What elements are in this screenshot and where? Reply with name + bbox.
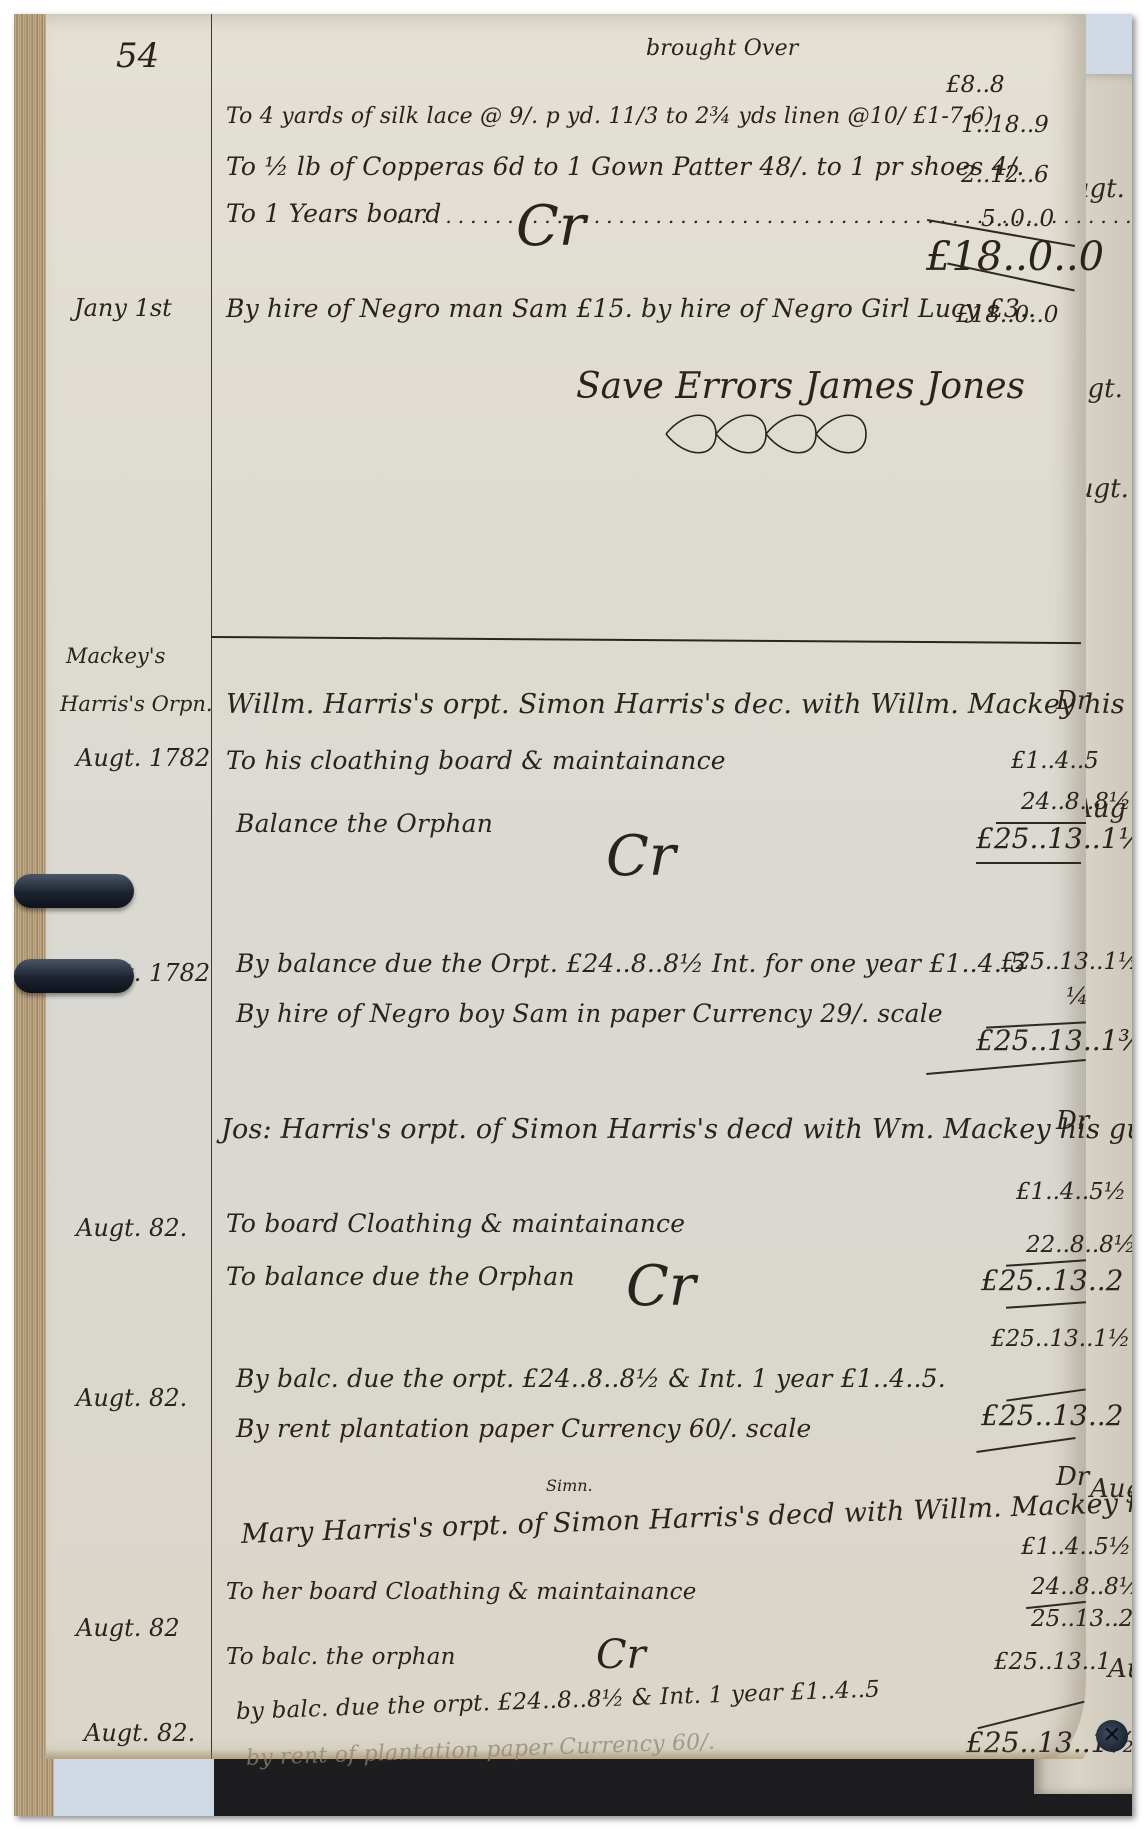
credit-line: by balc. due the orpt. £24..8..8½ & Int.… — [236, 1677, 881, 1725]
account-header: Mary Harris's orpt. of Simon Harris's de… — [240, 1483, 1132, 1550]
total-rule — [977, 1701, 1084, 1730]
debit-line: To 4 yards of silk lace @ 9/. p yd. 11/3… — [226, 104, 994, 129]
margin-rule — [211, 14, 212, 1759]
facing-date: Au — [1108, 1654, 1132, 1684]
debit-amount: 5..0..0 — [981, 206, 1054, 232]
debit-line: To balc. the orphan — [226, 1644, 456, 1670]
debit-line: To balance due the Orphan — [226, 1262, 575, 1291]
credit-date: Augt. 82. — [76, 1384, 187, 1412]
total-rule — [926, 1059, 1086, 1075]
signature-flourish — [656, 409, 916, 459]
credit-mark: Cr — [596, 1632, 646, 1678]
total-rule — [976, 862, 1081, 864]
debit-line: To his cloathing board & maintainance — [226, 746, 726, 775]
debit-amount: 22..8..8½ — [1026, 1232, 1132, 1258]
credit-line: By hire of Negro man Sam £15. by hire of… — [226, 294, 1036, 323]
credit-mark: Cr — [606, 824, 676, 889]
debit-date: Augt. 82. — [76, 1214, 187, 1242]
credit-line: By balance due the Orpt. £24..8..8½ Int.… — [236, 949, 1026, 978]
margin-label: Mackey's — [66, 644, 165, 668]
credit-line: By rent plantation paper Currency 60/. s… — [236, 1414, 812, 1443]
debit-amount: 2..12..6 — [961, 162, 1049, 188]
debit-line: To board Cloathing & maintainance — [226, 1209, 685, 1238]
debit-mark: Dr — [1056, 686, 1089, 716]
binder-ring — [14, 874, 134, 908]
debit-amount: £1..4..5½ — [1021, 1534, 1131, 1560]
credit-line: By balc. due the orpt. £24..8..8½ & Int.… — [236, 1364, 946, 1393]
credit-total: £25..13..1¾ — [976, 1024, 1132, 1057]
credit-amount: £25..13..1 — [994, 1649, 1111, 1675]
credit-amount: ¼ — [1066, 984, 1088, 1010]
section-divider — [211, 636, 1081, 644]
debit-amount: 1..18..9 — [961, 112, 1049, 138]
scan-frame: Augt. 80 Augt. Augt. Aug Aug Au 54 broug… — [14, 14, 1132, 1816]
binder-ring — [14, 959, 134, 993]
debit-line: To ½ lb of Copperas 6d to 1 Gown Patter … — [226, 152, 1024, 181]
total-rule — [1006, 1301, 1086, 1309]
credit-line: By hire of Negro boy Sam in paper Curren… — [236, 999, 943, 1028]
debit-mark: Dr — [1056, 1462, 1089, 1492]
debit-amount: £1..4..5 — [1011, 748, 1099, 774]
brought-over-amount: £8..8 — [946, 72, 1005, 98]
signature: Save Errors James Jones — [576, 366, 1025, 407]
account-header: Jos: Harris's orpt. of Simon Harris's de… — [221, 1114, 1132, 1145]
credit-date: Jany 1st — [74, 294, 172, 322]
debit-amount: £1..4..5½ — [1016, 1179, 1126, 1205]
total-rule — [976, 1437, 1075, 1453]
debit-total: £25..13..1½ — [976, 822, 1132, 855]
page-number: 54 — [116, 36, 159, 76]
margin-label: Harris's Orpn. — [60, 692, 213, 716]
credit-mark: Cr — [516, 194, 586, 259]
debit-line: To her board Cloathing & maintainance — [226, 1579, 697, 1605]
ledger-page: 54 brought Over £8..8 To 4 yards of silk… — [46, 14, 1086, 1759]
debit-mark: Dr — [1056, 1106, 1089, 1136]
brought-over-label: brought Over — [646, 36, 799, 61]
header-insertion: Simn. — [546, 1476, 593, 1495]
debit-date: Augt. 1782 — [76, 744, 210, 772]
credit-amount: £25..13..1½ — [991, 1326, 1130, 1352]
debit-amount: 24..8..8½ — [1031, 1574, 1132, 1600]
debit-total: 25..13..2 — [1031, 1606, 1132, 1632]
credit-amount: £25..13..1½ — [1001, 949, 1132, 975]
debit-date: Augt. 82 — [76, 1614, 180, 1642]
screw-icon: ✕ — [1096, 1720, 1128, 1752]
debit-total: £25..13..2 — [981, 1264, 1124, 1297]
credit-date: Augt. 82. — [84, 1719, 195, 1747]
credit-amount: £18..0..0 — [956, 302, 1058, 328]
debit-line: Balance the Orphan — [236, 809, 493, 838]
credit-mark: Cr — [626, 1254, 696, 1319]
credit-total: £25..13..2 — [981, 1399, 1124, 1432]
debit-amount: 24..8..8½ — [1021, 789, 1131, 815]
debit-total: £18..0..0 — [926, 234, 1104, 280]
account-header: Willm. Harris's orpt. Simon Harris's dec… — [226, 689, 1132, 720]
